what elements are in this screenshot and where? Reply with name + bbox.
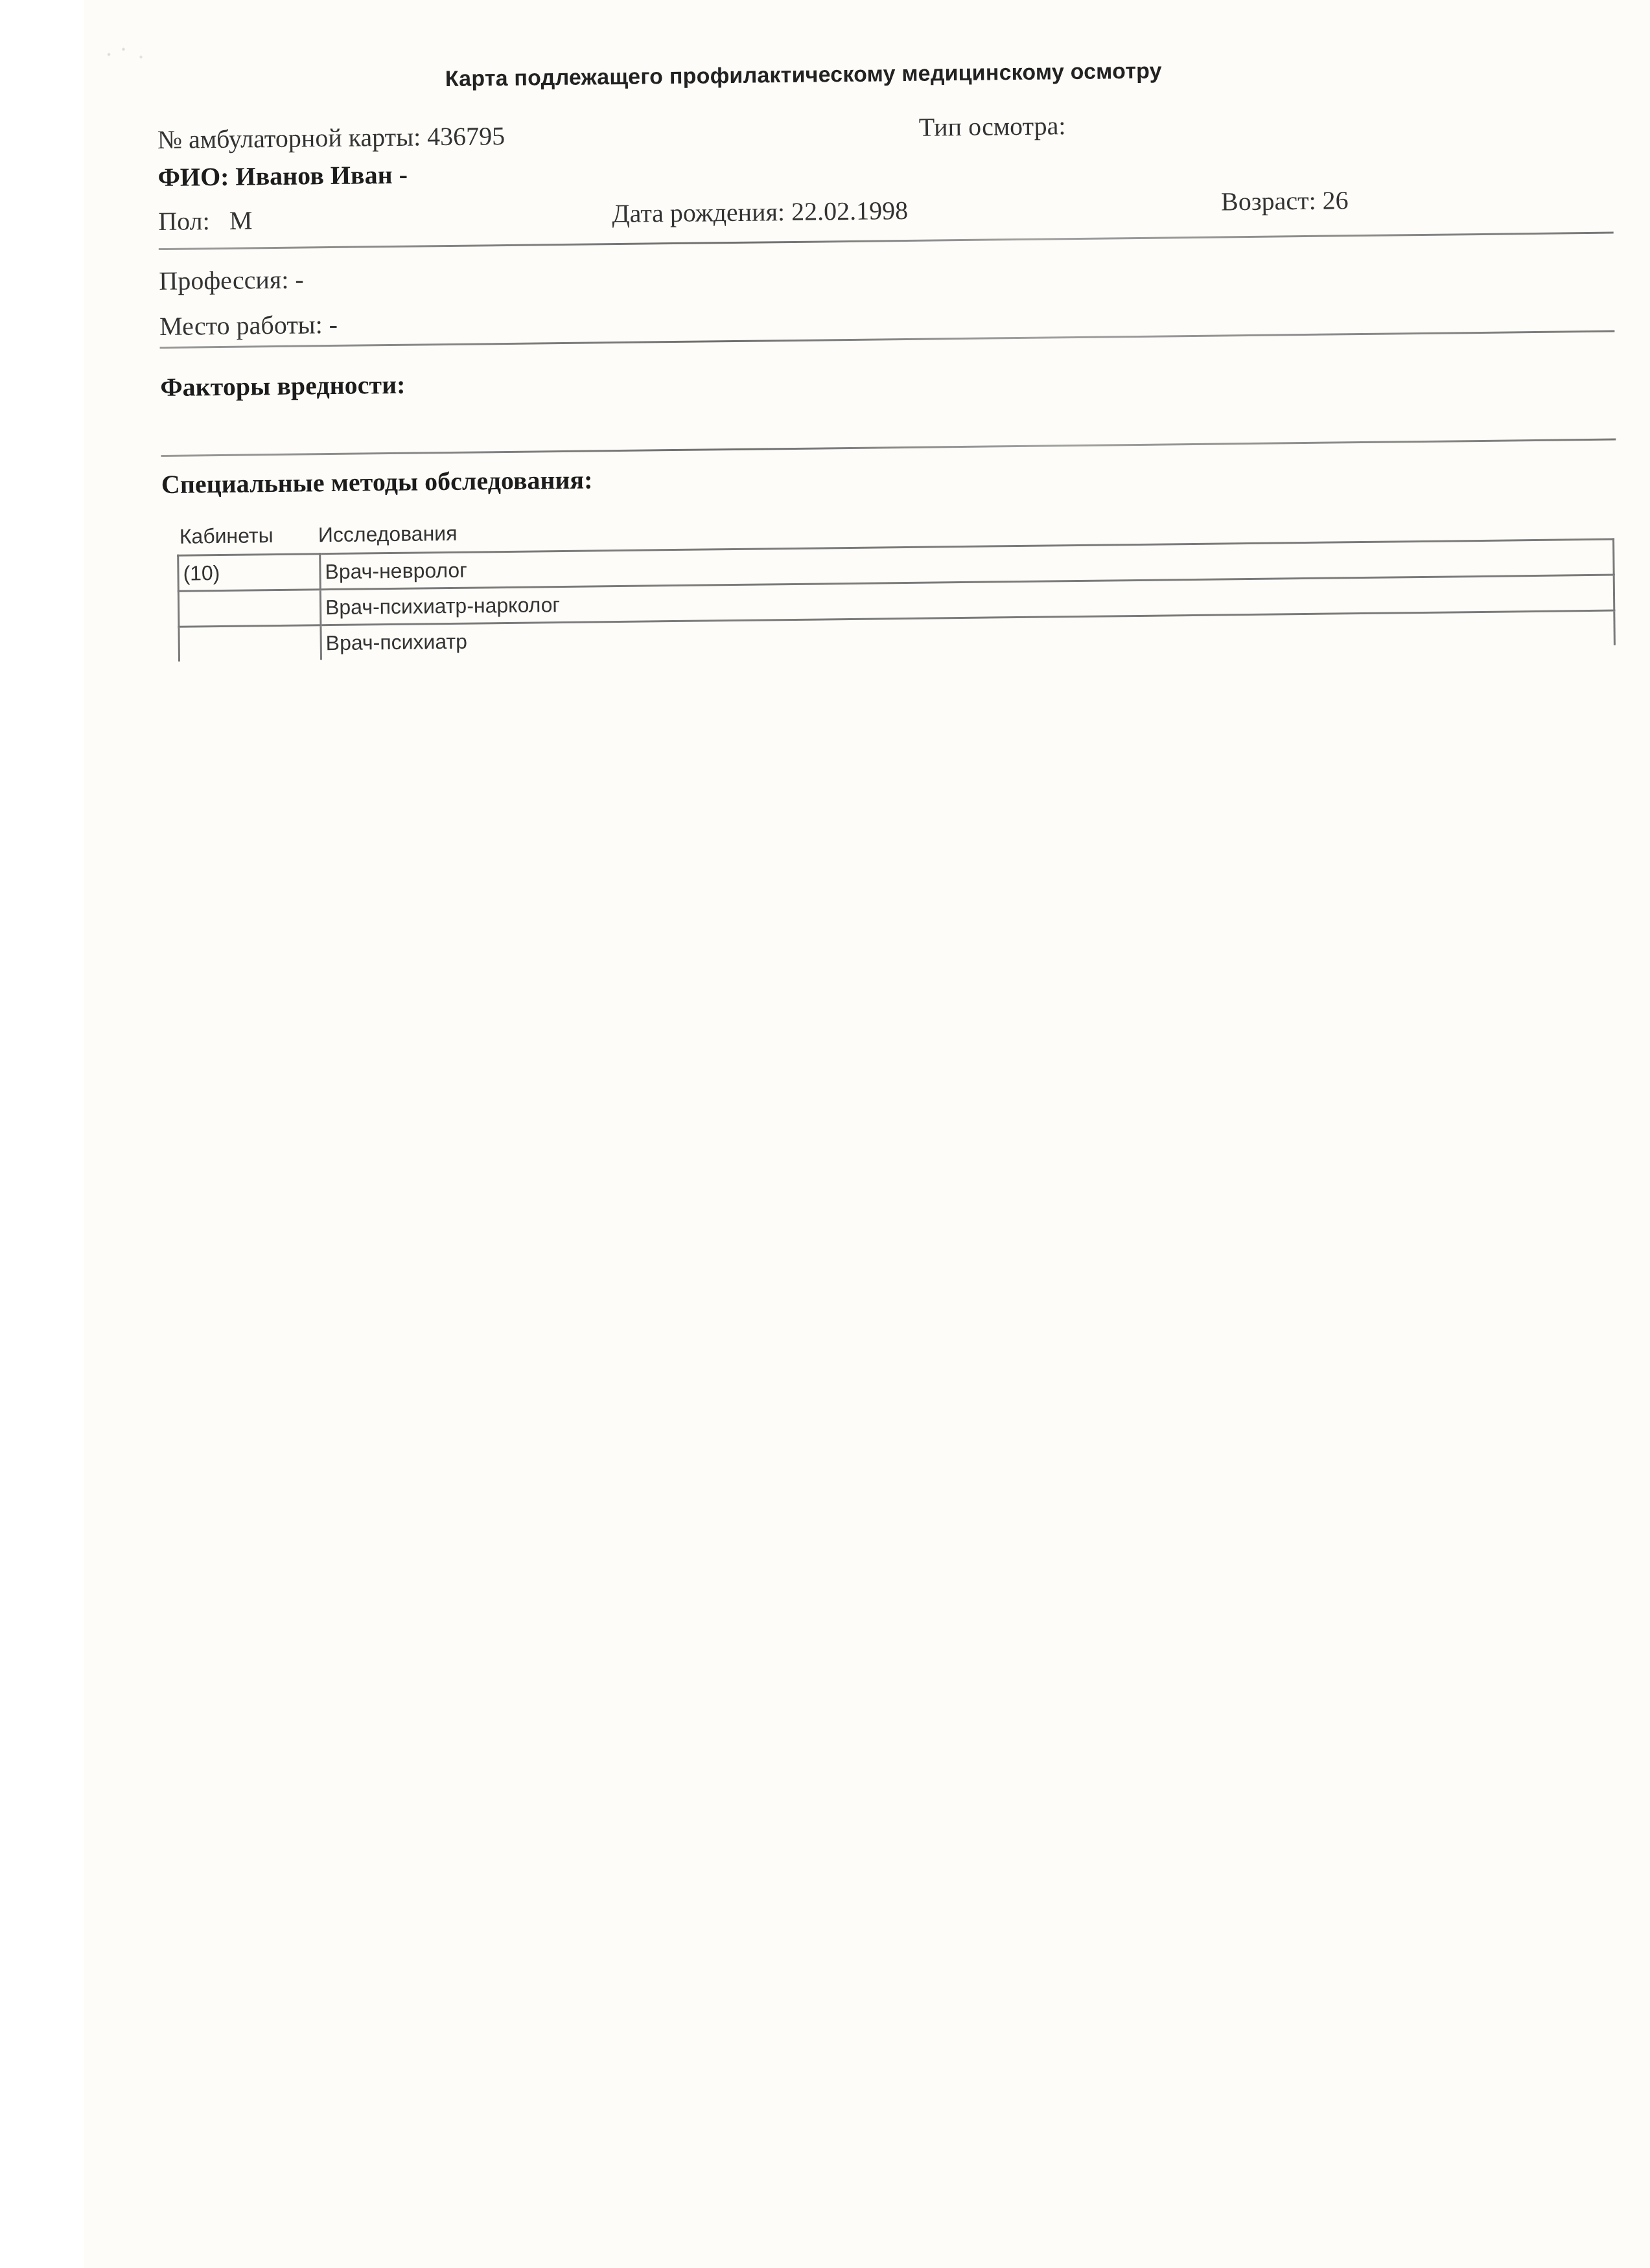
special-methods-table: (10) Врач-невролог Врач-психиатр-нарколо… — [177, 538, 1616, 662]
age-label: Возраст: — [1221, 186, 1316, 216]
card-number-field: № амбулаторной карты: 436795 — [157, 121, 505, 155]
hazards-heading: Факторы вредности: — [160, 369, 406, 402]
sex-value: М — [229, 205, 253, 235]
column-header-exams: Исследования — [318, 522, 458, 547]
age-field: Возраст: 26 — [1221, 185, 1349, 216]
birth-date-value: 22.02.1998 — [791, 196, 908, 226]
profession-field: Профессия: - — [159, 264, 304, 297]
full-name-field: ФИО: Иванов Иван - — [157, 159, 408, 192]
full-name-label: ФИО: — [157, 162, 229, 192]
special-methods-heading: Специальные методы обследования: — [161, 464, 593, 500]
birth-date-field: Дата рождения: 22.02.1998 — [612, 195, 908, 229]
medical-exam-card: Карта подлежащего профилактическому меди… — [0, 0, 1650, 2268]
workplace-value: - — [329, 310, 338, 339]
document-title: Карта подлежащего профилактическому меди… — [445, 58, 1162, 92]
exam-type-label: Тип осмотра: — [919, 111, 1066, 142]
profession-value: - — [295, 265, 304, 294]
profession-label: Профессия: — [159, 265, 288, 295]
sex-field: Пол: М — [158, 205, 253, 237]
full-name-value: Иванов Иван - — [235, 160, 408, 191]
sex-label: Пол: — [158, 206, 210, 236]
column-header-cabinets: Кабинеты — [180, 524, 273, 549]
card-number-label: № амбулаторной карты: — [157, 122, 421, 154]
workplace-label: Место работы: — [159, 310, 323, 341]
age-value: 26 — [1322, 185, 1349, 214]
divider-rule — [160, 330, 1615, 349]
birth-date-label: Дата рождения: — [612, 197, 785, 228]
card-number-value: 436795 — [427, 121, 505, 151]
workplace-field: Место работы: - — [159, 309, 338, 341]
cabinet-cell — [178, 590, 321, 627]
divider-rule — [161, 439, 1616, 457]
exam-type-field: Тип осмотра: — [918, 110, 1065, 143]
cabinet-cell: (10) — [178, 554, 321, 591]
divider-rule — [159, 232, 1614, 250]
cabinet-cell — [179, 625, 321, 662]
